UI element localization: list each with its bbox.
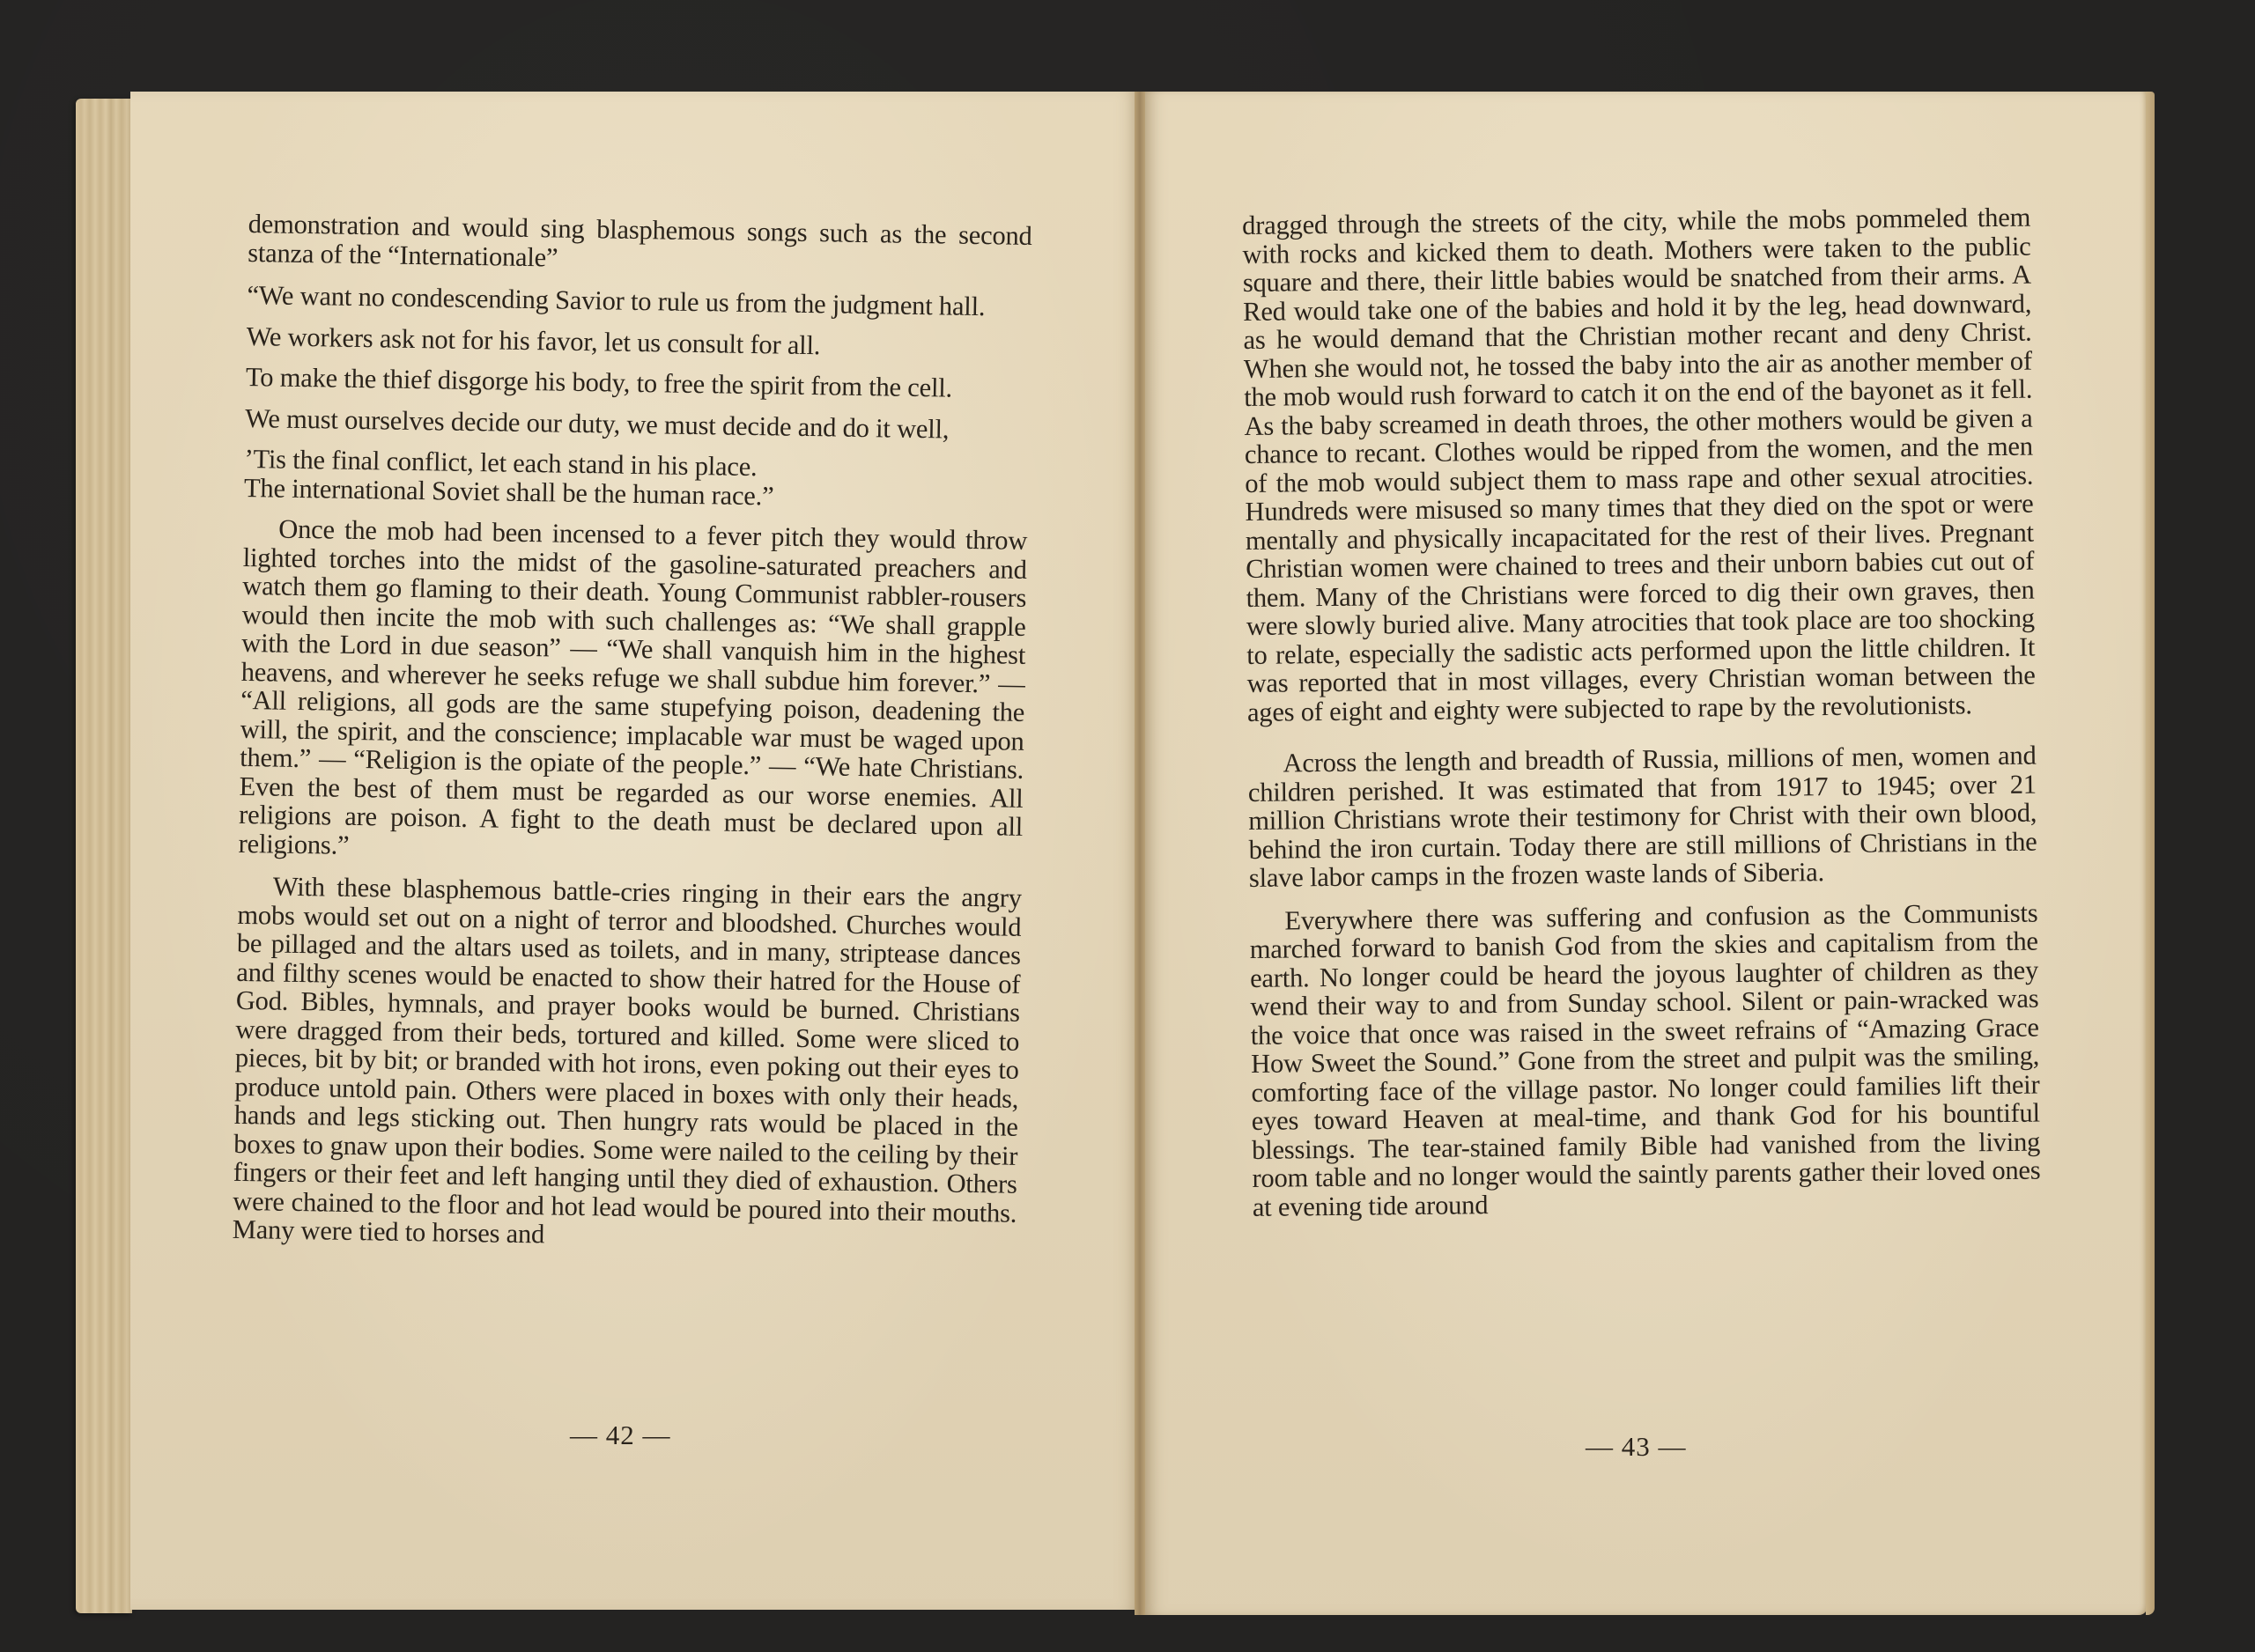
right-page-text: dragged through the streets of the city,… — [1242, 203, 2041, 1235]
verse-line: “We want no condescending Savior to rule… — [247, 281, 1031, 321]
internationale-verse: “We want no condescending Savior to rule… — [244, 281, 1031, 514]
body-paragraph: Across the length and breadth of Russia,… — [1247, 741, 2037, 893]
body-paragraph: With these blasphemous battle-cries ring… — [233, 872, 1023, 1256]
body-paragraph: Once the mob had been incensed to a feve… — [238, 514, 1027, 870]
page-number: — 42 — — [570, 1420, 671, 1451]
opening-paragraph: demonstration and would sing blasphemous… — [248, 210, 1032, 279]
book-gutter — [1135, 92, 1145, 1615]
opening-paragraph: dragged through the streets of the city,… — [1242, 203, 2036, 726]
body-paragraph: Everywhere there was suffering and confu… — [1249, 898, 2041, 1221]
verse-line: We workers ask not for his favor, let us… — [246, 321, 1030, 362]
page-edges-stack — [76, 99, 132, 1613]
page-number: — 43 — — [1586, 1431, 1687, 1463]
right-page-edge — [2146, 92, 2155, 1615]
verse-line: We must ourselves decide our duty, we mu… — [245, 403, 1029, 444]
verse-line: To make the thief disgorge his body, to … — [246, 363, 1030, 403]
left-page-text: demonstration and would sing blasphemous… — [232, 210, 1032, 1270]
